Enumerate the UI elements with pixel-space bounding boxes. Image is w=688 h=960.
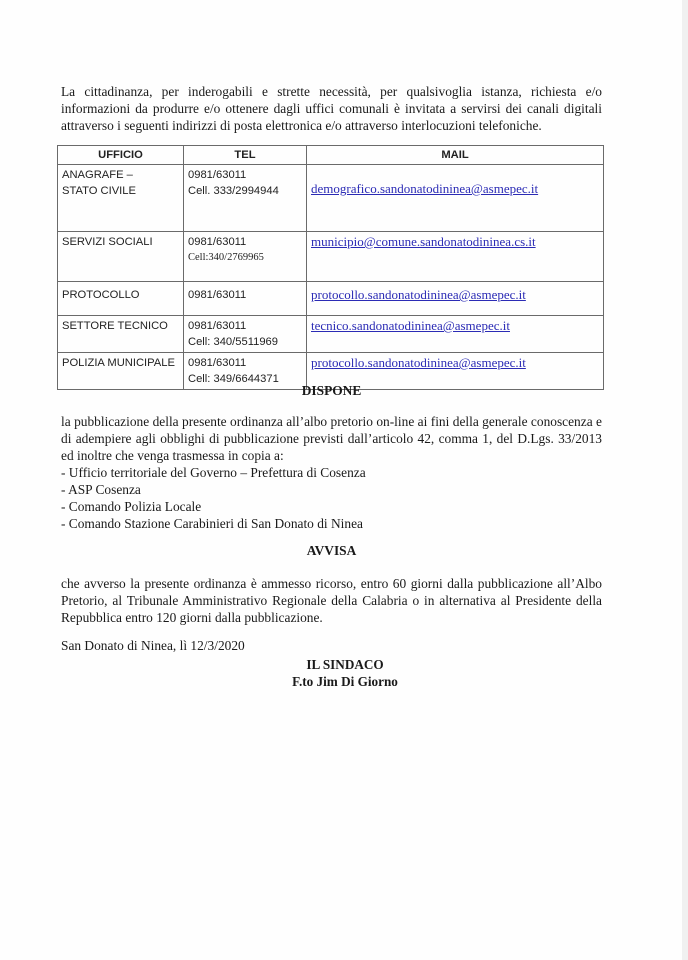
header-ufficio: UFFICIO (58, 146, 184, 165)
office-cell: ANAGRAFE – STATO CIVILE (58, 165, 184, 232)
dispone-paragraph: la pubblicazione della presente ordinanz… (61, 413, 602, 464)
mail-cell: municipio@comune.sandonatodininea.cs.it (307, 232, 604, 282)
table-row: ANAGRAFE – STATO CIVILE 0981/63011 Cell.… (58, 165, 604, 232)
signature-name: F.to Jim Di Giorno (250, 673, 440, 690)
dispone-heading: DISPONE (61, 383, 602, 399)
office-name-line2: STATO CIVILE (62, 183, 179, 199)
email-link[interactable]: protocollo.sandonatodininea@asmepec.it (311, 287, 526, 302)
phone-number: 0981/63011 (188, 167, 302, 183)
cell-number: Cell: 340/5511969 (188, 334, 302, 350)
intro-paragraph: La cittadinanza, per inderogabili e stre… (61, 83, 602, 134)
tel-cell: 0981/63011 Cell:340/2769965 (184, 232, 307, 282)
phone-number: 0981/63011 (188, 234, 302, 250)
office-cell: SETTORE TECNICO (58, 316, 184, 353)
page-edge-strip (682, 0, 688, 960)
phone-number: 0981/63011 (188, 355, 302, 371)
tel-cell: 0981/63011 (184, 282, 307, 316)
office-name-line1: SERVIZI SOCIALI (62, 234, 179, 250)
office-name-line1: POLIZIA MUNICIPALE (62, 355, 179, 371)
dispone-section: la pubblicazione della presente ordinanz… (61, 413, 602, 532)
office-name-line1: SETTORE TECNICO (62, 318, 179, 334)
cell-number: Cell:340/2769965 (188, 250, 302, 266)
place-date: San Donato di Ninea, lì 12/3/2020 (61, 638, 245, 654)
mail-cell: demografico.sandonatodininea@asmepec.it (307, 165, 604, 232)
header-tel: TEL (184, 146, 307, 165)
signature-block: IL SINDACO F.to Jim Di Giorno (250, 656, 440, 690)
office-cell: SERVIZI SOCIALI (58, 232, 184, 282)
mail-cell: protocollo.sandonatodininea@asmepec.it (307, 282, 604, 316)
recipient-item: - Comando Stazione Carabinieri di San Do… (61, 515, 602, 532)
tel-cell: 0981/63011 Cell. 333/2994944 (184, 165, 307, 232)
signature-title: IL SINDACO (250, 656, 440, 673)
document-page: La cittadinanza, per inderogabili e stre… (0, 0, 682, 960)
recipient-item: - Comando Polizia Locale (61, 498, 602, 515)
email-link[interactable]: tecnico.sandonatodininea@asmepec.it (311, 318, 510, 333)
email-link[interactable]: demografico.sandonatodininea@asmepec.it (311, 181, 538, 196)
recipient-item: - ASP Cosenza (61, 481, 602, 498)
table-header-row: UFFICIO TEL MAIL (58, 146, 604, 165)
tel-cell: 0981/63011 Cell: 340/5511969 (184, 316, 307, 353)
office-name-line1: ANAGRAFE – (62, 167, 179, 183)
avvisa-paragraph: che avverso la presente ordinanza è amme… (61, 575, 602, 626)
email-link[interactable]: municipio@comune.sandonatodininea.cs.it (311, 234, 536, 249)
contacts-table: UFFICIO TEL MAIL ANAGRAFE – STATO CIVILE… (57, 145, 604, 390)
table-row: SETTORE TECNICO 0981/63011 Cell: 340/551… (58, 316, 604, 353)
mail-cell: tecnico.sandonatodininea@asmepec.it (307, 316, 604, 353)
office-cell: PROTOCOLLO (58, 282, 184, 316)
table-row: SERVIZI SOCIALI 0981/63011 Cell:340/2769… (58, 232, 604, 282)
phone-number: 0981/63011 (188, 287, 302, 303)
email-link[interactable]: protocollo.sandonatodininea@asmepec.it (311, 355, 526, 370)
office-name-line1: PROTOCOLLO (62, 287, 179, 303)
contacts-table-container: UFFICIO TEL MAIL ANAGRAFE – STATO CIVILE… (57, 145, 603, 390)
cell-number: Cell. 333/2994944 (188, 183, 302, 199)
header-mail: MAIL (307, 146, 604, 165)
table-row: PROTOCOLLO 0981/63011 protocollo.sandona… (58, 282, 604, 316)
recipient-item: - Ufficio territoriale del Governo – Pre… (61, 464, 602, 481)
phone-number: 0981/63011 (188, 318, 302, 334)
avvisa-heading: AVVISA (61, 543, 602, 559)
